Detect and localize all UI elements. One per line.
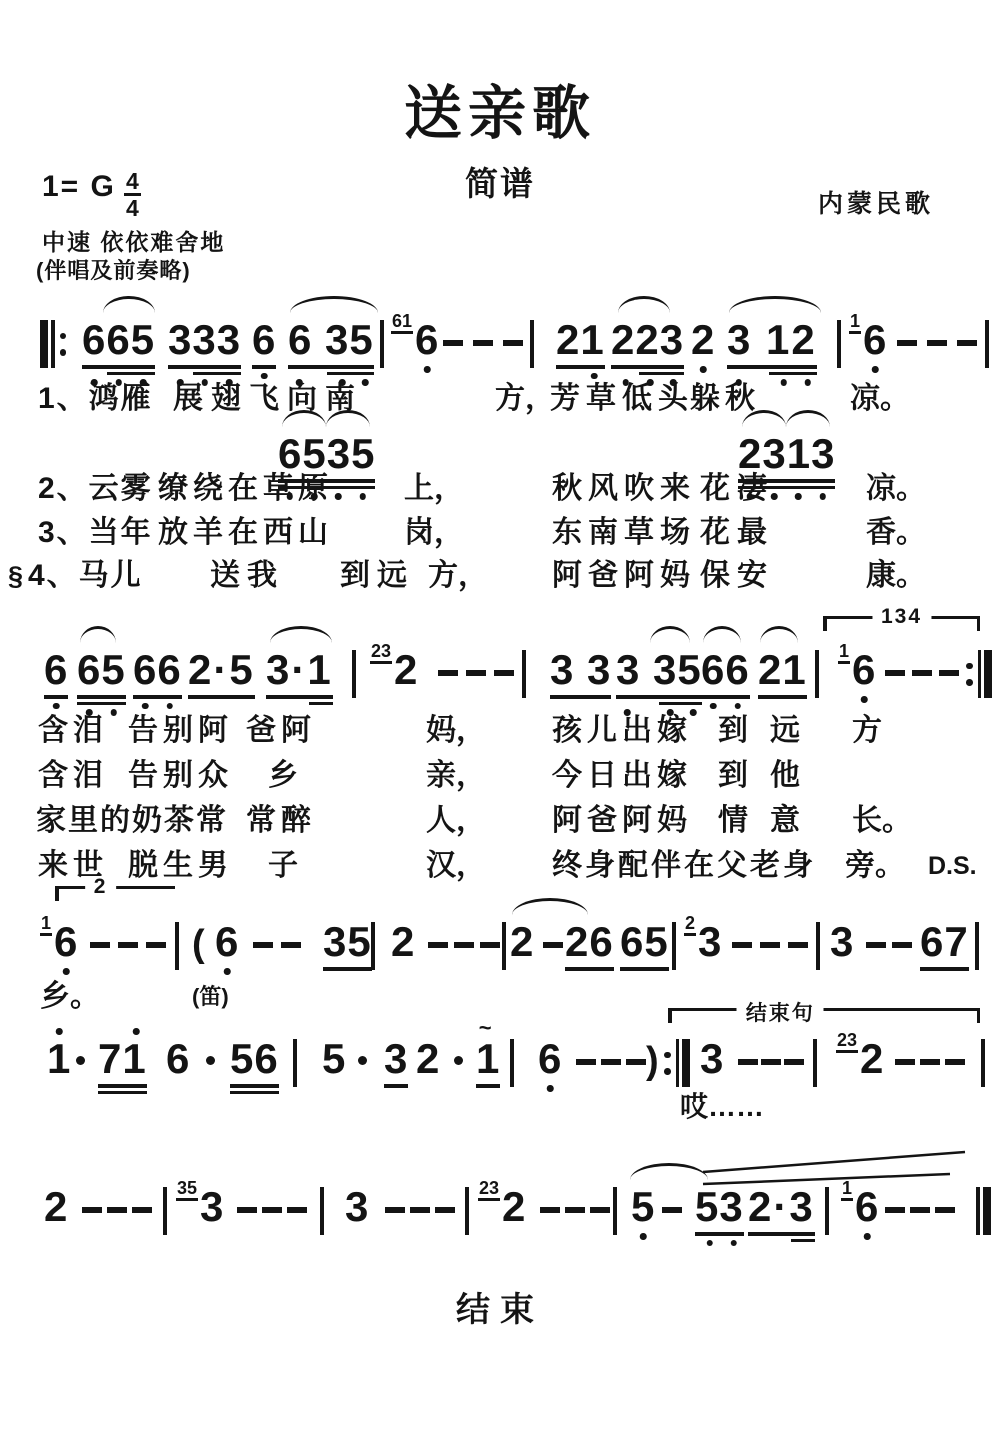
dash-sustain: [473, 340, 493, 346]
barline: [175, 922, 179, 970]
lyric-fragment: 康。: [866, 559, 926, 593]
segno-icon: §: [8, 559, 23, 593]
note-column: 2: [860, 1037, 884, 1081]
grace-note: 23: [370, 642, 392, 664]
beam-underline: [230, 1091, 279, 1095]
note-digits: 1~: [476, 1037, 500, 1081]
dash-sustain: [107, 1207, 127, 1213]
mordent-mark: ~: [479, 1019, 493, 1037]
note-digits: 2: [394, 648, 418, 692]
note-digits: 6 35: [288, 318, 374, 362]
dash-sustain: [760, 942, 780, 948]
note-digits: 26: [565, 920, 614, 964]
note-token: 6: [538, 1037, 562, 1093]
octave-dot-below: [547, 1085, 554, 1092]
dash-sustain: [443, 340, 463, 346]
note-digits: 2: [510, 920, 534, 964]
beam-underline: [476, 1084, 500, 1088]
note-column: 71: [98, 1037, 147, 1094]
lyric-fragment: 告别众: [128, 759, 233, 793]
dash-sustain: [466, 670, 486, 676]
note-token: 3: [700, 1037, 724, 1081]
note-digits: 21: [556, 318, 605, 362]
beam-underline: [727, 365, 817, 369]
dash-sustain: [935, 1207, 955, 1213]
note-digits: 6: [415, 318, 439, 362]
note-digits: 65: [620, 920, 669, 964]
lyric-fragment: 今日出嫁: [552, 759, 692, 793]
note-token: 3: [345, 1185, 369, 1229]
beam-underline: [82, 365, 155, 369]
thick-bar: [682, 1039, 690, 1087]
note-digits: 3·1: [266, 648, 333, 692]
lyric-fragment: 展翅飞向南: [173, 382, 363, 416]
lyric-fragment: 子: [268, 849, 298, 883]
note-token: 35: [323, 920, 372, 971]
lyric-fragment: 常醉: [246, 804, 316, 838]
note-column: 56: [230, 1037, 279, 1094]
note-column: 53: [695, 1185, 744, 1248]
beam-underline: [252, 365, 276, 369]
octave-dots-below: [44, 699, 68, 711]
note-digits: 21: [758, 648, 807, 692]
lyric-fragment: 到: [718, 759, 748, 793]
dash-sustain: [732, 942, 752, 948]
partial-underline: [791, 1239, 814, 1243]
note-column: 6: [852, 648, 876, 704]
note-digits: 2: [391, 920, 415, 964]
note-token: 16: [40, 920, 78, 976]
note-column: 2·5: [188, 648, 255, 699]
lyric-fragment: 4、马儿: [28, 559, 143, 593]
lyric-fragment: 芳草低头: [550, 382, 694, 416]
barline: [837, 320, 841, 368]
octave-dot-below: [795, 493, 802, 500]
dash-sustain: [428, 942, 448, 948]
beam-underline: [133, 695, 182, 699]
note-token: 616: [391, 318, 439, 374]
dash-sustain: [912, 670, 932, 676]
bracket-tick-left: [823, 618, 827, 631]
lyric-fragment: 妈，: [426, 714, 486, 748]
octave-dots-below: [863, 362, 887, 374]
note-digits: 1: [47, 1037, 71, 1081]
octave-dot-below: [864, 1233, 871, 1240]
note-token: 1~: [476, 1037, 500, 1088]
octave-dots-below: [252, 369, 276, 381]
dash-sustain: [543, 942, 563, 948]
lyric-fragment: 到远: [340, 559, 414, 593]
note-column: 3 3: [550, 648, 611, 699]
lyric-fragment: 远: [770, 714, 800, 748]
note-token: 16: [841, 1185, 879, 1241]
octave-dot-below: [53, 703, 60, 710]
octave-dot-below: [861, 696, 868, 703]
dash-sustain: [90, 942, 110, 948]
note-token: 23: [684, 920, 722, 964]
beam-underline: [98, 1091, 147, 1095]
barline: [825, 1187, 829, 1235]
note-column: 3: [698, 920, 722, 964]
note-column: 65: [77, 648, 126, 717]
octave-dots-below: [54, 964, 78, 976]
octave-dot-above: [133, 1028, 140, 1035]
note-digits: 665: [82, 318, 155, 362]
octave-dot-below: [820, 493, 827, 500]
lyric-fragment: 汉，: [426, 849, 486, 883]
beam-underline: [620, 967, 669, 971]
dash-sustain: [910, 1207, 930, 1213]
lyric-fragment: 人，: [426, 804, 486, 838]
parenthesis: (: [192, 920, 205, 968]
lyric-fragment: 方: [852, 714, 882, 748]
note-column: 6: [44, 648, 68, 711]
note-token: 65: [620, 920, 669, 971]
dash-sustain: [626, 1059, 646, 1065]
octave-dot-below: [872, 366, 879, 373]
note-token: 2: [416, 1037, 440, 1081]
beam-underline: [550, 695, 611, 699]
note-token: 333: [168, 318, 241, 387]
beam-underline: [168, 365, 241, 369]
note-digits: 56: [230, 1037, 279, 1081]
dash-sustain: [287, 1207, 307, 1213]
lyric-fragment: 保安: [700, 559, 774, 593]
note-digits: 2·5: [188, 648, 255, 692]
octave-dot-below: [166, 703, 173, 710]
lyric-fragment: 送我: [210, 559, 284, 593]
lyric-fragment: 乡: [268, 759, 298, 793]
note-token: 65: [77, 648, 126, 717]
note-column: 3·1: [266, 648, 333, 705]
note-token: 6: [166, 1037, 190, 1081]
parenthesis: ): [646, 1037, 659, 1085]
dash-sustain: [590, 1207, 610, 1213]
augmentation-dot: [358, 1056, 367, 1065]
octave-dot-below: [335, 493, 342, 500]
note-digits: 5: [322, 1037, 346, 1081]
note-digits: 3: [345, 1185, 369, 1229]
octave-dots-below: [133, 699, 182, 711]
ds-mark: D.S.: [928, 849, 977, 883]
thick-bar: [983, 1187, 991, 1235]
lyric-fragment: 缭绕在草原: [158, 472, 333, 506]
octave-dots-below: [855, 1229, 879, 1241]
lyric-fragment: 含泪: [38, 714, 108, 748]
beam-underline: [77, 702, 126, 706]
dash-sustain: [939, 670, 959, 676]
note-token: 232: [370, 648, 418, 692]
note-column: 333: [168, 318, 241, 387]
slur-arc: [80, 626, 116, 643]
barline: [502, 922, 506, 970]
grace-note: 1: [849, 312, 861, 334]
note-token: 21: [556, 318, 605, 381]
dash-sustain: [897, 340, 917, 346]
lyric-fragment: 花凄: [700, 472, 774, 506]
flute-annotation: (笛): [192, 980, 229, 1014]
lyric-fragment: 阿爸阿妈: [552, 559, 696, 593]
lyric-fragment: 爸阿: [246, 714, 316, 748]
grace-note: 1: [40, 914, 52, 936]
note-column: 6: [855, 1185, 879, 1241]
note-column: 35: [323, 920, 372, 971]
grace-note: 2: [684, 914, 696, 936]
note-token: 6 35: [288, 318, 374, 387]
lyric-fragment: 家里的奶茶常: [36, 804, 228, 838]
beam-underline: [77, 695, 126, 699]
lyric-fragment: 长。: [852, 804, 912, 838]
grace-note: 23: [836, 1031, 858, 1053]
lyric-fragment: 告别阿: [128, 714, 233, 748]
octave-dot-below: [224, 968, 231, 975]
dash-sustain: [565, 1207, 585, 1213]
slur-arc: [103, 296, 155, 313]
octave-dots-below: [538, 1081, 562, 1093]
dash-sustain: [957, 340, 977, 346]
note-token: 3: [384, 1037, 408, 1088]
note-column: 6: [252, 318, 276, 381]
note-token: 56: [230, 1037, 279, 1094]
volta-label: 134: [872, 605, 931, 629]
note-digits: 2: [44, 1185, 68, 1229]
note-column: 1~: [476, 1037, 500, 1088]
beam-underline: [323, 967, 372, 971]
note-digits: 6: [166, 1037, 190, 1081]
note-column: 2: [510, 920, 534, 964]
note-digits: 223: [611, 318, 684, 362]
note-digits: 6: [852, 648, 876, 692]
beam-underline: [920, 967, 969, 971]
barline: [985, 320, 989, 368]
note-token: 3·1: [266, 648, 333, 705]
repeat-begin-barline: [40, 320, 68, 368]
note-token: 53: [695, 1185, 744, 1248]
score-area: 66533366 356162122323 121665352313665662…: [0, 0, 1000, 1430]
note-token: 26: [565, 920, 614, 971]
dash-sustain: [454, 942, 474, 948]
octave-dot-below: [734, 703, 741, 710]
bracket-tick-left: [55, 888, 59, 901]
slur-arc: [512, 898, 588, 915]
beam-underline: [611, 365, 684, 369]
note-column: 6: [538, 1037, 562, 1093]
note-token: 16: [838, 648, 876, 704]
partial-underline: [193, 372, 241, 376]
beam-underline: [98, 1084, 147, 1088]
dash-sustain: [920, 1059, 940, 1065]
note-digits: 66: [133, 648, 182, 692]
note-token: 2·5: [188, 648, 255, 699]
note-column: 3: [700, 1037, 724, 1081]
grace-note: 1: [838, 642, 850, 664]
grace-note: 35: [176, 1179, 198, 1201]
note-column: 66: [701, 648, 750, 711]
beam-underline: [701, 695, 750, 699]
note-column: 2: [44, 1185, 68, 1229]
end-label: 结束: [0, 1282, 1000, 1331]
lyric-fragment: 他: [770, 759, 800, 793]
slur-arc: [630, 1163, 708, 1180]
note-column: 1: [47, 1037, 71, 1081]
octave-dot-above: [56, 1028, 63, 1035]
note-token: 2: [391, 920, 415, 964]
note-token: 6: [252, 318, 276, 381]
lyric-fragment: 脱生男: [128, 849, 233, 883]
barline: [522, 650, 526, 698]
dash-sustain: [494, 670, 514, 676]
note-digits: 6: [44, 648, 68, 692]
dash-sustain: [945, 1059, 965, 1065]
octave-dots-below: [691, 362, 715, 374]
octave-dots-below: [631, 1229, 655, 1241]
dash-sustain: [435, 1207, 455, 1213]
note-token: 66: [133, 648, 182, 711]
octave-dot-below: [710, 703, 717, 710]
note-digits: 65: [77, 648, 126, 692]
dash-sustain: [885, 1207, 905, 1213]
beam-underline: [384, 1084, 408, 1088]
octave-dot-below: [706, 1240, 713, 1247]
volta-label: 结束句: [737, 997, 824, 1027]
note-token: 6: [44, 648, 68, 711]
dash-sustain: [761, 1059, 781, 1065]
note-token: 66: [701, 648, 750, 711]
octave-dots-below: [695, 1236, 744, 1248]
beam-underline: [748, 1232, 815, 1236]
note-column: 6 35: [288, 318, 374, 387]
slur-arc: [703, 626, 741, 643]
dash-sustain: [253, 942, 273, 948]
note-column: 2: [502, 1185, 526, 1229]
beam-underline: [44, 695, 68, 699]
dash-sustain: [601, 1059, 621, 1065]
note-digits: 2: [860, 1037, 884, 1081]
note-column: 2: [416, 1037, 440, 1081]
barline: [975, 922, 979, 970]
note-column: 2: [391, 920, 415, 964]
barline: [293, 1039, 297, 1087]
note-digits: 3 12: [727, 318, 817, 362]
slur-arc: [270, 626, 332, 643]
lyric-fragment: 凉。: [850, 382, 910, 416]
note-token: 67: [920, 920, 969, 971]
lyric-fragment: 凉。: [866, 472, 926, 506]
note-token: 21: [758, 648, 807, 699]
thick-bar: [40, 320, 48, 368]
bracket-tick-left: [668, 1010, 672, 1023]
note-column: 6: [215, 920, 239, 976]
note-token: 353: [176, 1185, 224, 1229]
lyric-fragment: 方，: [495, 382, 555, 416]
note-digits: 6: [538, 1037, 562, 1081]
note-token: 232: [478, 1185, 526, 1229]
note-column: 67: [920, 920, 969, 971]
note-token: 6: [215, 920, 239, 976]
repeat-dot: [60, 349, 67, 356]
lyric-fragment: 躲秋: [690, 382, 760, 416]
barline: [530, 320, 534, 368]
note-digits: 3: [698, 920, 722, 964]
dash-sustain: [576, 1059, 596, 1065]
dash-sustain: [410, 1207, 430, 1213]
octave-dots-below: [556, 369, 605, 381]
octave-dot-below: [142, 703, 149, 710]
thick-bar: [984, 650, 992, 698]
thin-bar: [676, 1039, 680, 1087]
note-column: 2: [691, 318, 715, 374]
note-column: 665: [82, 318, 155, 387]
dash-sustain: [82, 1207, 102, 1213]
lyric-fragment: 阿爸阿妈: [552, 804, 692, 838]
note-token: 5: [631, 1185, 655, 1241]
note-column: 3 35: [616, 648, 702, 717]
partial-underline: [659, 702, 702, 706]
dash-sustain: [927, 340, 947, 346]
note-digits: 3: [830, 920, 854, 964]
augmentation-dot: [454, 1056, 463, 1065]
note-digits: 71: [98, 1037, 147, 1081]
octave-dot-below: [63, 968, 70, 975]
repeat-dot: [664, 1068, 671, 1075]
dash-sustain: [885, 670, 905, 676]
note-column: 2: [394, 648, 418, 692]
note-column: 2·3: [748, 1185, 815, 1242]
lyric-fragment: 含泪: [38, 759, 108, 793]
octave-dot-below: [424, 366, 431, 373]
partial-underline: [107, 372, 155, 376]
note-column: 3 12: [727, 318, 817, 387]
barline: [371, 922, 375, 970]
beam-underline: [188, 695, 255, 699]
octave-dot-below: [731, 1240, 738, 1247]
repeat-end-barline: [662, 1039, 690, 1087]
note-column: 6: [54, 920, 78, 976]
grace-note: 23: [478, 1179, 500, 1201]
dash-sustain: [503, 340, 523, 346]
lyric-fragment: 花最: [700, 516, 774, 550]
octave-dot-below: [591, 373, 598, 380]
repeat-dots: [60, 320, 67, 368]
note-digits: 2·3: [748, 1185, 815, 1229]
note-column: 6: [863, 318, 887, 374]
note-column: 3: [200, 1185, 224, 1229]
note-token: 2: [510, 920, 534, 964]
note-digits: 6535: [278, 432, 375, 476]
thin-bar: [976, 1187, 980, 1235]
dash-sustain: [438, 670, 458, 676]
lyric-fragment: 亲，: [426, 759, 486, 793]
slur-arc: [618, 296, 670, 313]
bracket-tick-right: [977, 1010, 981, 1023]
note-digits: 3 35: [616, 648, 702, 692]
beam-underline: [565, 967, 614, 971]
note-digits: 66: [701, 648, 750, 692]
barline: [510, 1039, 514, 1087]
lyric-fragment: 来世: [38, 849, 108, 883]
repeat-dot: [664, 1052, 671, 1059]
note-digits: 6: [855, 1185, 879, 1229]
lyric-fragment: 方，: [428, 559, 488, 593]
augmentation-dot: [206, 1056, 215, 1065]
note-digits: 35: [323, 920, 372, 964]
beam-underline: [758, 695, 807, 699]
dash-sustain: [540, 1207, 560, 1213]
barline: [352, 650, 356, 698]
beam-underline: [230, 1084, 279, 1088]
slur-arc: [650, 626, 690, 643]
beam-underline: [616, 695, 702, 699]
